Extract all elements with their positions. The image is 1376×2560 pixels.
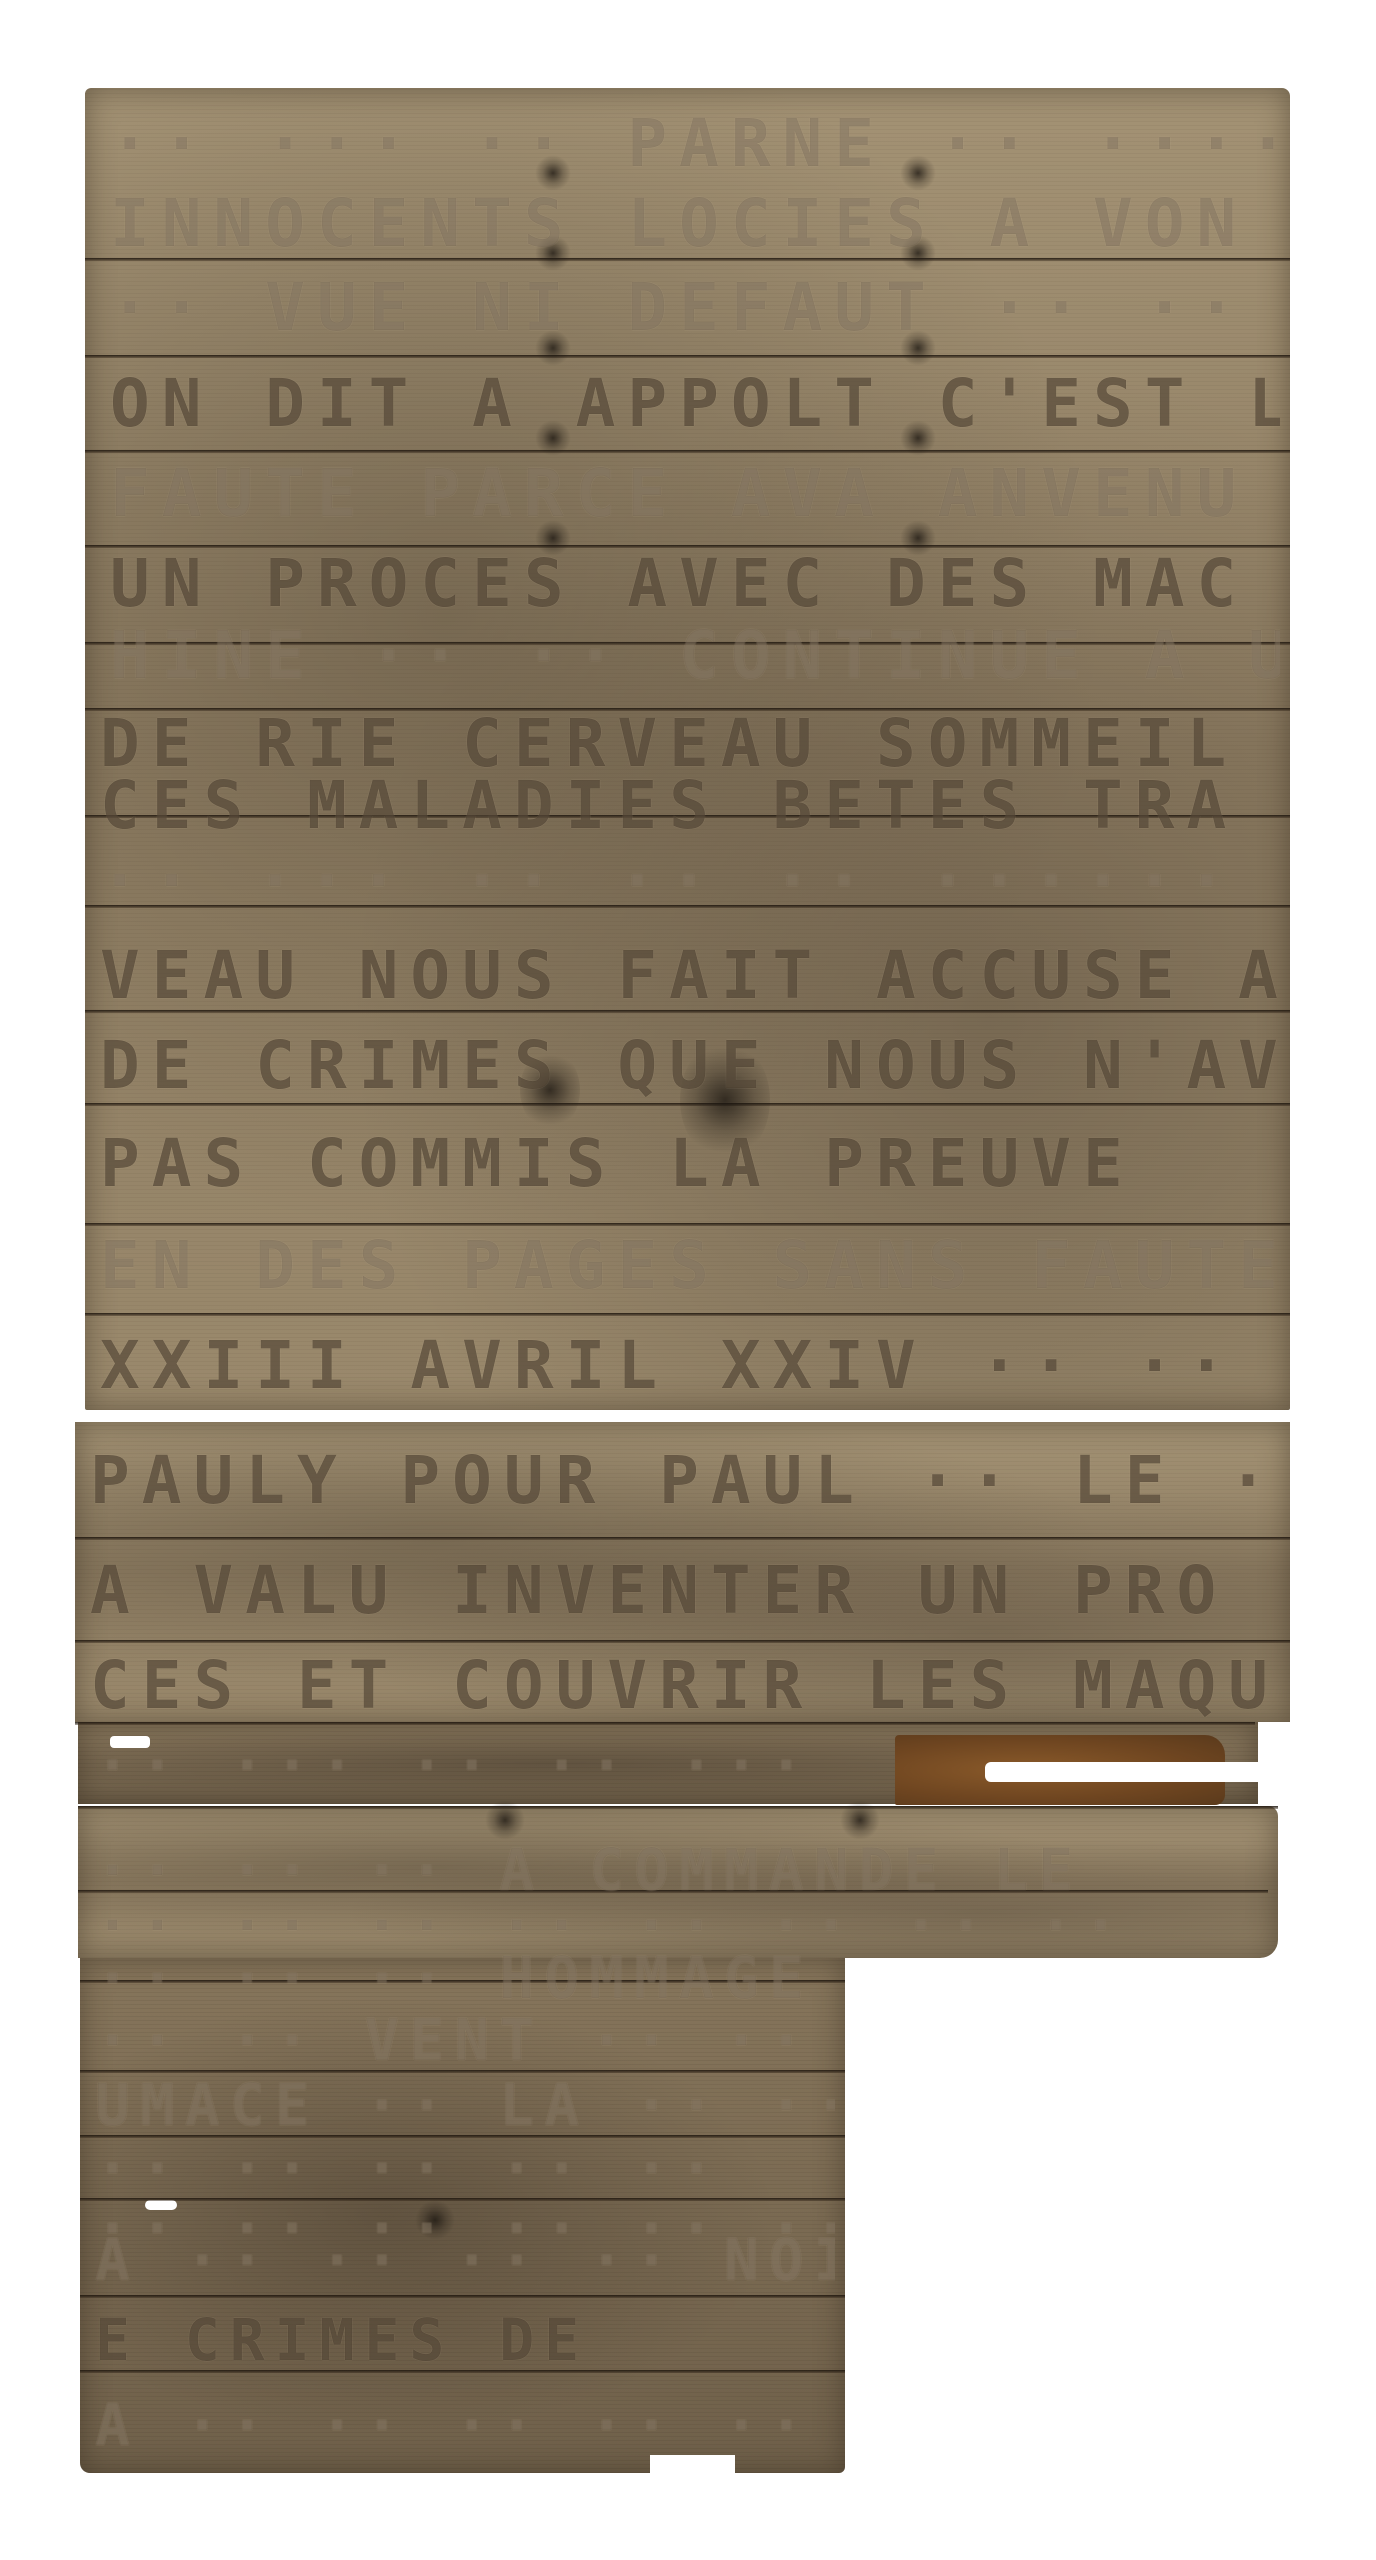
- inscription-line: UN PROCES AVEC DES MAC: [110, 548, 1280, 618]
- inscription-line: DE RIE CERVEAU SOMMEIL: [100, 708, 1280, 778]
- plank-seam: [85, 450, 1290, 453]
- bottom-notch: [650, 2455, 735, 2485]
- inscription-line: ·· ··· ·· ·· ·· ······: [100, 845, 1280, 915]
- plank-seam: [85, 1313, 1290, 1316]
- plank-seam: [80, 2070, 845, 2073]
- plank-seam: [85, 355, 1290, 358]
- inscription-line: EN DES PAGES SANS FAUTES: [100, 1230, 1280, 1300]
- plank-seam: [75, 1640, 1290, 1643]
- plank-seam: [85, 1010, 1290, 1013]
- plank-seam: [85, 1223, 1290, 1226]
- plank-seam: [78, 1806, 1278, 1809]
- inscription-line: CES ET COUVRIR LES MAQUES: [90, 1650, 1280, 1720]
- inscription-line: ·· ·· ·· ·· ·· ·· ·· ··: [95, 1895, 1245, 1955]
- plank-seam: [75, 1722, 1255, 1725]
- nail-lettered-wooden-board: ·· ··· ·· PARNE ·· ····· INNOCENTS LOCIE…: [0, 0, 1376, 2560]
- inscription-line: VEAU NOUS FAIT ACCUSE A: [100, 940, 1280, 1010]
- inscription-line: A VALU INVENTER UN PRO: [90, 1555, 1280, 1625]
- inscription-line: FAUTE PARCE AVA ANVENU: [110, 458, 1280, 528]
- inscription-line: A ·· ·· ·· ·· NOIR: [95, 2230, 835, 2290]
- inscription-line: PAS COMMIS LA PREUVE: [100, 1128, 1280, 1198]
- inscription-line: XXIII AVRIL XXIV ·· ··: [100, 1330, 1280, 1400]
- inscription-line: A ·· ·· ·· ·· ··: [95, 2395, 835, 2455]
- inscription-line: ·· ·· ·· A COMMANDE LE: [95, 1840, 1245, 1900]
- inscription-line: ·· ··· ·· ·· ···: [95, 1735, 895, 1795]
- inscription-line: HINE ·· ·· CONTINUE A UN MA: [110, 620, 1280, 690]
- inscription-line: ·· VUE NI DEFAUT ·· ·· ····: [110, 272, 1280, 342]
- plank-seam: [80, 2295, 845, 2298]
- inscription-line: ·· ·· VENT ·· ·· ··: [95, 2010, 835, 2070]
- plank-seam: [85, 258, 1290, 261]
- inscription-line: ·· ·· ·· ·· ··: [95, 2140, 835, 2195]
- inscription-line: UMACE ·· LA ·· ··: [95, 2075, 835, 2135]
- inscription-line: E CRIMES DE: [95, 2310, 835, 2370]
- inscription-line: INNOCENTS LOCIES A VON: [110, 188, 1280, 258]
- inscription-line: DE CRIMES QUE NOUS N'AVON: [100, 1030, 1280, 1100]
- plank-seam: [80, 2370, 845, 2373]
- inscription-line: ·· ·· ·· HOMMAGE: [95, 1950, 835, 2005]
- missing-wood-gap: [985, 1762, 1305, 1782]
- inscription-line: ON DIT A APPOLT C'EST LA: [110, 368, 1280, 438]
- nail-stain: [840, 1800, 880, 1840]
- inscription-line: PAULY POUR PAUL ·· LE ·· ·: [90, 1445, 1280, 1515]
- inscription-line: CES MALADIES BETES TRA: [100, 770, 1280, 840]
- plank-seam: [75, 1537, 1290, 1540]
- plank-seam: [80, 2135, 845, 2138]
- nail-stain: [485, 1800, 525, 1840]
- inscription-line: ·· ··· ·· PARNE ·· ·····: [110, 108, 1280, 178]
